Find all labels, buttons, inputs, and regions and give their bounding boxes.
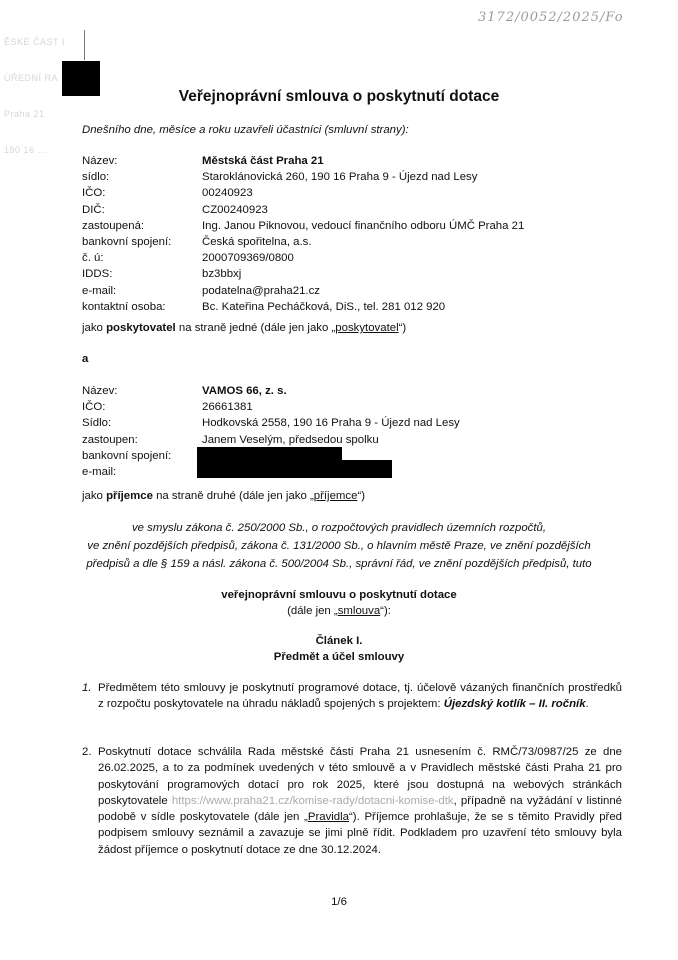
document-title: Veřejnoprávní smlouva o poskytnutí dotac… xyxy=(0,88,678,106)
provider-row-represented: zastoupená:Ing. Janou Piknovou, vedoucí … xyxy=(82,218,524,234)
recipient-row-represented: zastoupen:Janem Veselým, předsedou spolk… xyxy=(82,432,460,448)
provider-row-idds: IDDS:bz3bbxj xyxy=(82,266,524,282)
article-item-1: 1. Předmětem této smlouvy je poskytnutí … xyxy=(82,680,622,713)
contract-heading: veřejnoprávní smlouvu o poskytnutí dotac… xyxy=(0,587,678,619)
page-number: 1/6 xyxy=(0,896,678,908)
redaction-email xyxy=(197,460,392,478)
article-number: Článek I. xyxy=(0,633,678,649)
recipient-role-statement: jako příjemce na straně druhé (dále jen … xyxy=(82,490,365,502)
provider-row-bank: bankovní spojení:Česká spořitelna, a.s. xyxy=(82,234,524,250)
recipient-name: VAMOS 66, z. s. xyxy=(202,383,287,399)
provider-role-statement: jako poskytovatel na straně jedné (dále … xyxy=(82,322,406,334)
rules-url-link[interactable]: https://www.praha21.cz/komise-rady/dotac… xyxy=(172,795,454,807)
handwritten-reference: 3172/0052/2025/Fo xyxy=(478,10,624,25)
contract-alias: (dále jen „smlouva“): xyxy=(0,603,678,619)
stamp-line-3: Praha 21 xyxy=(4,108,90,120)
provider-row-email: e-mail:podatelna@praha21.cz xyxy=(82,283,524,299)
provider-row-name: Název:Městská část Praha 21 xyxy=(82,153,524,169)
article-heading: Článek I. Předmět a účel smlouvy xyxy=(0,633,678,665)
contract-name: veřejnoprávní smlouvu o poskytnutí dotac… xyxy=(0,587,678,603)
redaction-bank-account xyxy=(197,447,342,461)
project-name: Újezdský kotlík – II. ročník xyxy=(444,698,586,710)
recipient-row-ico: IČO:26661381 xyxy=(82,399,460,415)
article-item-2: 2. Poskytnutí dotace schválila Rada měst… xyxy=(82,744,622,858)
provider-name: Městská část Praha 21 xyxy=(202,153,324,169)
recipient-row-name: Název:VAMOS 66, z. s. xyxy=(82,383,460,399)
provider-row-seat: sídlo:Staroklánovická 260, 190 16 Praha … xyxy=(82,169,524,185)
provider-row-ico: IČO:00240923 xyxy=(82,185,524,201)
stamp-line-4: 190 16 ... xyxy=(4,144,90,156)
provider-row-account: č. ú:2000709369/0800 xyxy=(82,250,524,266)
recipient-row-seat: Sídlo:Hodkovská 2558, 190 16 Praha 9 - Ú… xyxy=(82,415,460,431)
provider-row-dic: DIČ:CZ00240923 xyxy=(82,202,524,218)
intro-text: Dnešního dne, měsíce a roku uzavřeli úča… xyxy=(82,124,409,136)
stamp-line-1: ĚSKÉ ČÁST I xyxy=(4,36,90,48)
provider-details: Název:Městská část Praha 21 sídlo:Starok… xyxy=(82,153,524,315)
article-title: Předmět a účel smlouvy xyxy=(0,649,678,665)
conjunction: a xyxy=(82,353,88,365)
provider-row-contact: kontaktní osoba:Bc. Kateřina Pecháčková,… xyxy=(82,299,524,315)
legal-basis: ve smyslu zákona č. 250/2000 Sb., o rozp… xyxy=(0,519,678,573)
stamp-signature-line xyxy=(84,30,85,60)
